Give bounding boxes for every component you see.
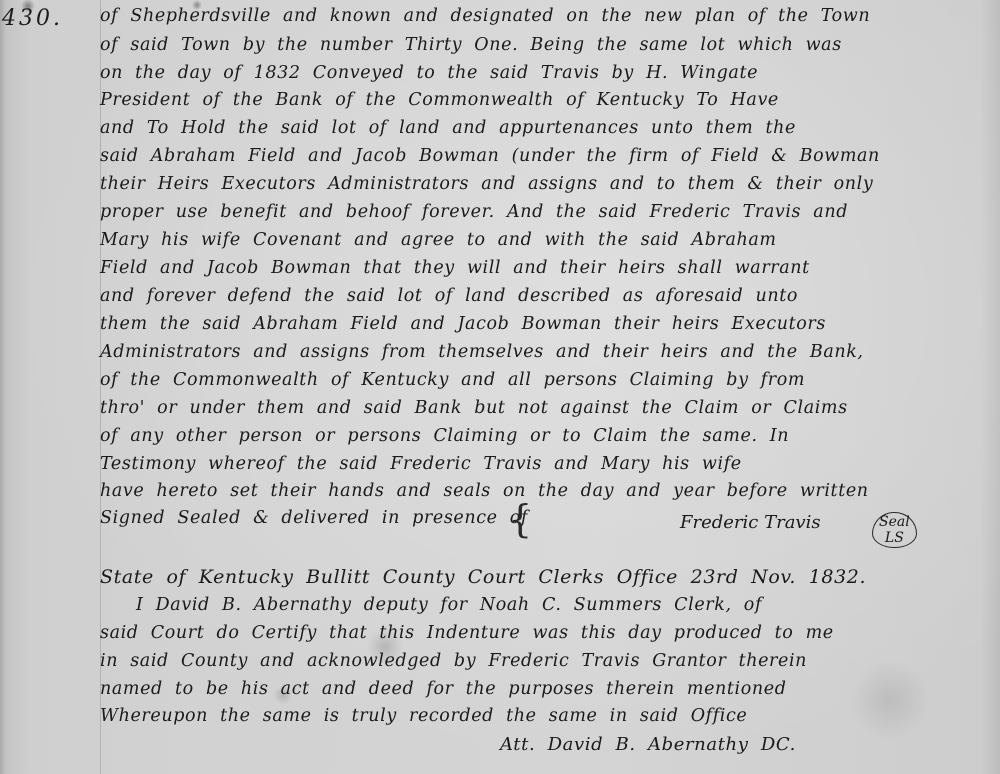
deed-line: thro' or under them and said Bank but no… <box>100 398 848 418</box>
deed-line: of said Town by the number Thirty One. B… <box>100 35 842 55</box>
certificate-line: Whereupon the same is truly recorded the… <box>100 706 747 726</box>
seal-mark: Seal LS <box>872 512 917 548</box>
clerk-signature: Att. David B. Abernathy DC. <box>500 734 796 755</box>
witness-brace: { <box>508 500 532 538</box>
certificate-line: in said County and acknowledged by Frede… <box>100 651 807 671</box>
deed-line: them the said Abraham Field and Jacob Bo… <box>100 314 826 334</box>
deed-line: of any other person or persons Claiming … <box>100 426 789 446</box>
deed-line: have hereto set their hands and seals on… <box>100 481 869 501</box>
seal-label-ls: LS <box>885 530 904 546</box>
page-number: 430. <box>2 6 63 31</box>
deed-line: Mary his wife Covenant and agree to and … <box>100 230 777 250</box>
deed-line: their Heirs Executors Administrators and… <box>100 174 873 194</box>
certificate-heading: State of Kentucky Bullitt County Court C… <box>100 566 866 588</box>
deed-line: Testimony whereof the said Frederic Trav… <box>100 454 742 474</box>
deed-line: Administrators and assigns from themselv… <box>100 342 864 362</box>
deed-line: President of the Bank of the Commonwealt… <box>100 90 779 110</box>
seal-label: Seal <box>879 514 910 530</box>
certificate-line: said Court do Certify that this Indentur… <box>100 623 834 643</box>
grantor-signature: Frederic Travis <box>680 512 821 533</box>
deed-line: proper use benefit and behoof forever. A… <box>100 202 848 222</box>
deed-line: and forever defend the said lot of land … <box>100 286 798 306</box>
deed-line: and To Hold the said lot of land and app… <box>100 118 796 138</box>
deed-line: on the day of 1832 Conveyed to the said … <box>100 63 758 83</box>
deed-line: of the Commonwealth of Kentucky and all … <box>100 370 805 390</box>
deed-line: of Shepherdsville and known and designat… <box>100 6 870 26</box>
certificate-line: named to be his act and deed for the pur… <box>100 679 787 699</box>
deed-line: Field and Jacob Bowman that they will an… <box>100 258 810 278</box>
deed-record-page: 430. of Shepherdsville and known and des… <box>0 0 1000 774</box>
certificate-line: I David B. Abernathy deputy for Noah C. … <box>136 595 762 615</box>
deed-line: said Abraham Field and Jacob Bowman (und… <box>100 146 880 166</box>
deed-line: Signed Sealed & delivered in presence of <box>100 508 528 528</box>
